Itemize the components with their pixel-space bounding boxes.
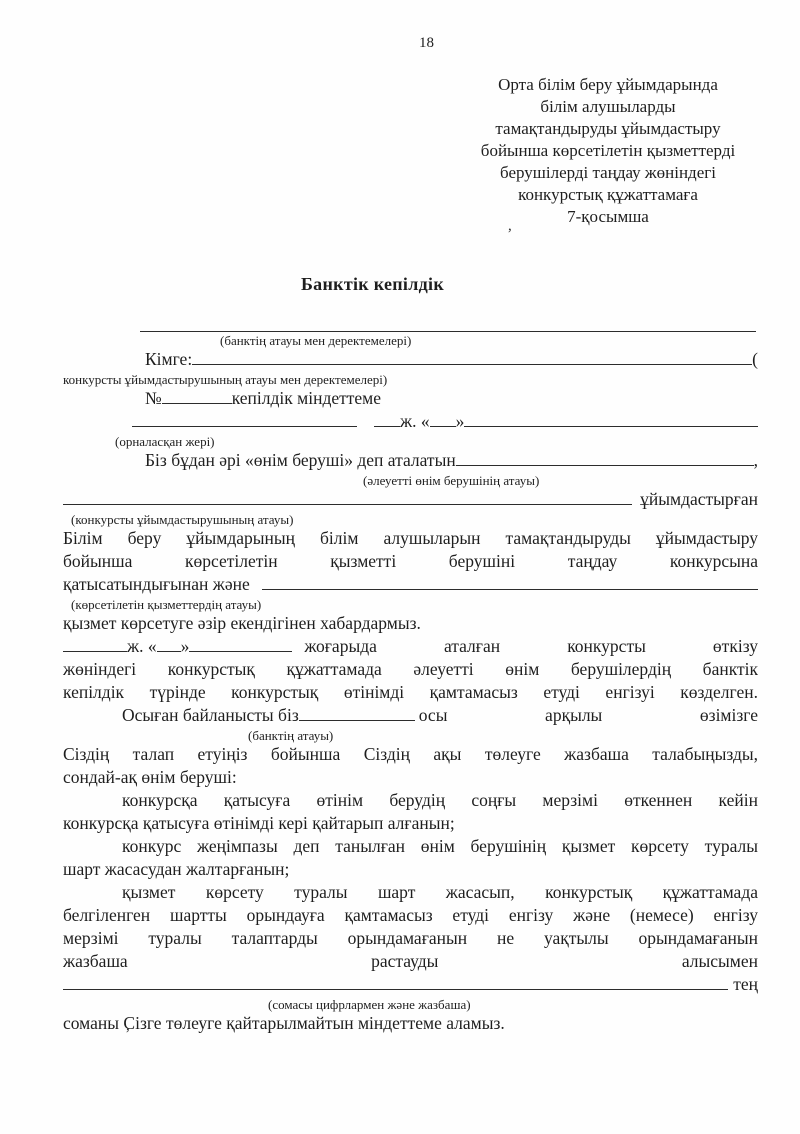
year-abbrev: ж. « (400, 410, 430, 433)
paragraph3-line1: Осыған байланысты біз осы арқылы өзімізг… (63, 704, 758, 727)
caption-organizer-details: конкурсты ұйымдастырушының атауы мен дер… (63, 373, 758, 387)
addressee-row: Кімге: ( (63, 348, 758, 371)
paragraph6-line2: белгіленген шартты орындауға қамтамасыз … (63, 904, 758, 927)
final-line: соманы Сізге төлеуге қайтарылмайтын мінд… (63, 1012, 758, 1035)
number-sign: № (145, 387, 162, 410)
blank-field-amount (63, 976, 728, 990)
paragraph2-line3: кепілдік түрінде конкурстық өтінімді қам… (63, 681, 758, 704)
blank-field-bank-details (140, 331, 756, 332)
paragraph2-line1-text: жоғарыда аталған конкурсты өткізу (292, 635, 758, 658)
paragraph3-line2: Сіздің талап етуіңіз бойынша Сіздің ақы … (63, 743, 758, 766)
annex-line: тамақтандыруды ұйымдастыру (458, 118, 758, 140)
participation-text: қатысатындығынан және (63, 573, 250, 596)
page-number-row: 18 (63, 34, 758, 52)
caption-location: (орналасқан жері) (63, 435, 758, 449)
scan-artifact: , (508, 218, 512, 235)
paragraph6-line4: жазбаша растауды алысымен (63, 950, 758, 973)
paragraph6-line1: қызмет көрсету туралы шарт жасасып, конк… (63, 881, 758, 904)
quote-close2: » (181, 635, 190, 658)
supplier-intro-row: Біз бұдан әрі «өнім беруші» деп аталатын… (63, 449, 758, 472)
annex-block: Орта білім беру ұйымдарында білім алушыл… (458, 74, 758, 228)
year-abbrev2: ж. « (127, 635, 157, 658)
paragraph1-line2: бойынша көрсетілетін қызметті берушіні т… (63, 550, 758, 573)
blank-field-year2 (63, 638, 127, 652)
paragraph5-line1: конкурс жеңімпазы деп танылған өнім беру… (63, 835, 758, 858)
blank-field-number (162, 390, 232, 404)
date-row: ж. « » (63, 410, 758, 433)
document-page: 18 Орта білім беру ұйымдарында білім алу… (0, 0, 800, 1134)
annex-line: 7-қосымша (458, 206, 758, 228)
quote-close: » (456, 410, 465, 433)
blank-field-addressee (192, 351, 752, 365)
caption-organizer-name: (конкурсты ұйымдастырушының атауы) (63, 513, 758, 527)
supplier-intro-text: Біз бұдан әрі «өнім беруші» деп аталатын (145, 449, 456, 472)
equal-word: тең (728, 973, 758, 996)
guarantee-obligation-label: кепілдік міндеттеме (232, 387, 381, 410)
blank-field-bank-name (299, 707, 415, 721)
blank-field-day (430, 413, 456, 427)
blank-field-year (374, 413, 400, 427)
blank-field-services (262, 576, 758, 590)
spacer (357, 414, 374, 427)
scan-artifact: , (126, 1018, 130, 1035)
annex-line: конкурстық құжаттамаға (458, 184, 758, 206)
paragraph6-line3: мерзімі туралы талаптарды орындамағанын … (63, 927, 758, 950)
blank-field-day2 (157, 638, 181, 652)
title-row: Банктік кепілдік (63, 274, 758, 295)
document-title: Банктік кепілдік (301, 274, 444, 294)
comma: , (754, 449, 758, 472)
blank-field-supplier-name (456, 452, 754, 466)
hereby-text2: осы арқылы өзімізге (415, 704, 758, 727)
paragraph1-line1: Білім беру ұйымдарының білім алушыларын … (63, 527, 758, 550)
annex-line: бойынша көрсетілетін қызметтерді (458, 140, 758, 162)
paragraph4-line2: конкурсқа қатысуға өтінімді кері қайтары… (63, 812, 758, 835)
blank-field-place (132, 413, 357, 427)
paragraph4-line1: конкурсқа қатысуға өтінім берудің соңғы … (63, 789, 758, 812)
caption-bank-name: (банктің атауы) (63, 729, 758, 743)
caption-supplier-name: (әлеуетті өнім берушінің атауы) (63, 474, 758, 488)
paragraph1-line3: қатысатындығынан және (63, 573, 758, 596)
hereby-text: Осыған байланысты біз (122, 704, 299, 727)
annex-line: Орта білім беру ұйымдарында (458, 74, 758, 96)
organizer-row: ұйымдастырған (63, 488, 758, 511)
paragraph2-line2: жөніндегі конкурстық құжаттамада әлеуетт… (63, 658, 758, 681)
annex-line: білім алушыларды (458, 96, 758, 118)
caption-bank-details: (банктің атауы мен деректемелері) (63, 334, 758, 348)
paragraph2-line1: ж. « » жоғарыда аталған конкурсты өткізу (63, 635, 758, 658)
page-number: 18 (419, 35, 434, 51)
open-paren: ( (752, 348, 758, 371)
paragraph1-line4: қызмет көрсетуге әзір екендігінен хабард… (63, 612, 758, 635)
addressee-label: Кімге: (145, 348, 192, 371)
caption-amount: (сомасы цифрлармен және жазбаша) (63, 998, 758, 1012)
amount-row: тең (63, 973, 758, 996)
blank-field-organizer-name (63, 491, 632, 505)
blank-field-month (464, 413, 758, 427)
paragraph3-line3: сондай-ақ өнім беруші: (63, 766, 758, 789)
blank-field-month2 (189, 638, 292, 652)
paragraph5-line2: шарт жасасудан жалтарғанын; (63, 858, 758, 881)
annex-line: берушілерді таңдау жөніндегі (458, 162, 758, 184)
number-row: № кепілдік міндеттеме (63, 387, 758, 410)
caption-services: (көрсетілетін қызметтердің атауы) (63, 598, 758, 612)
organized-by-label: ұйымдастырған (632, 488, 758, 511)
